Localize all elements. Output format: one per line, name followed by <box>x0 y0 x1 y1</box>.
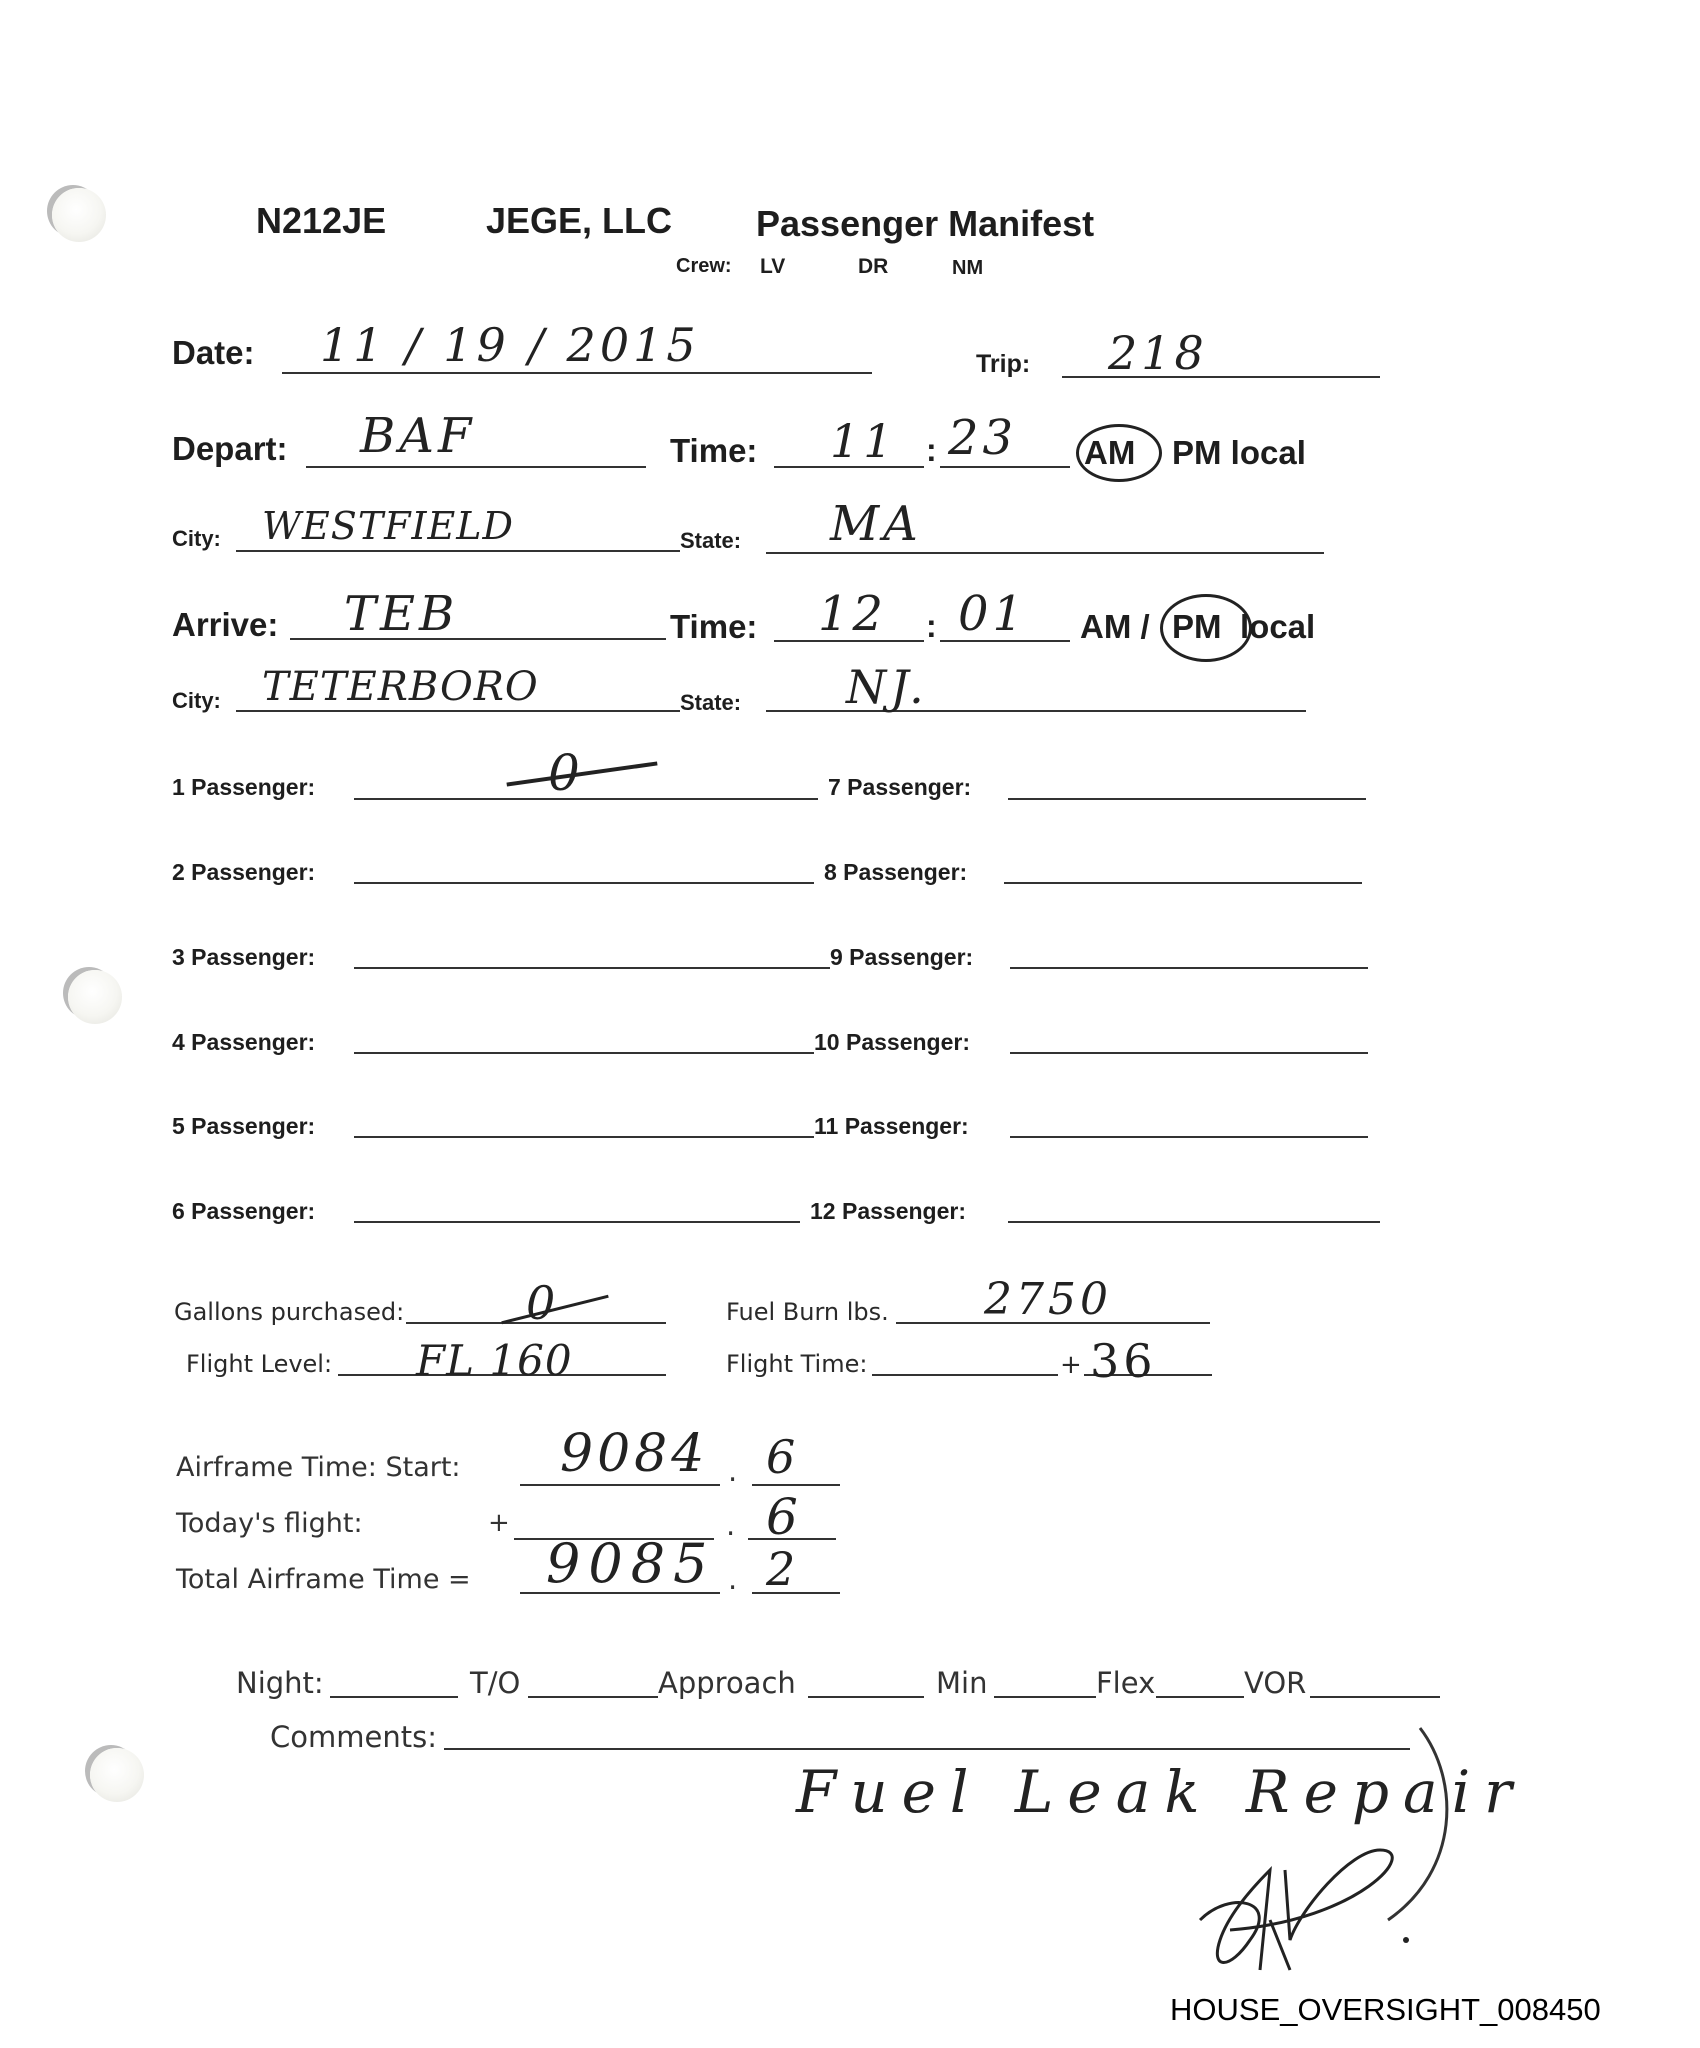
crew-member-2: DR <box>858 255 888 279</box>
passenger-9-label: 9 Passenger: <box>830 944 973 971</box>
passenger-12-field[interactable] <box>1008 1221 1380 1223</box>
passenger-10-field[interactable] <box>1010 1052 1368 1054</box>
to-field[interactable] <box>528 1696 658 1698</box>
flex-label: Flex <box>1096 1666 1155 1700</box>
flight-level-value: FL 160 <box>416 1336 573 1385</box>
today-flight-dot: . <box>726 1508 735 1542</box>
passenger-1-field[interactable] <box>354 798 818 800</box>
fuel-burn-value: 2750 <box>984 1274 1112 1325</box>
signature <box>1190 1830 1430 1980</box>
flight-time-label: Flight Time: <box>726 1350 867 1378</box>
company-name: JEGE, LLC <box>486 200 672 242</box>
passenger-6-label: 6 Passenger: <box>172 1198 315 1225</box>
arrive-pm-circle <box>1160 594 1252 662</box>
passenger-5-field[interactable] <box>354 1136 814 1138</box>
flex-field[interactable] <box>1156 1696 1244 1698</box>
passenger-4-field[interactable] <box>354 1052 814 1054</box>
passenger-11-label: 11 Passenger: <box>814 1113 969 1140</box>
flight-time-hours-field[interactable] <box>872 1374 1058 1376</box>
approach-field[interactable] <box>808 1696 924 1698</box>
depart-state-label: State: <box>680 528 741 554</box>
depart-field-line[interactable] <box>306 466 646 468</box>
arrive-hour: 12 <box>818 586 887 642</box>
to-label: T/O <box>470 1666 520 1700</box>
tail-number: N212JE <box>256 200 386 242</box>
arrive-state-value: NJ. <box>846 660 928 714</box>
trip-label: Trip: <box>976 350 1030 379</box>
passenger-12-label: 12 Passenger: <box>810 1198 966 1225</box>
airframe-start-dot: . <box>728 1454 737 1488</box>
min-field[interactable] <box>994 1696 1096 1698</box>
passenger-10-label: 10 Passenger: <box>814 1029 970 1056</box>
crew-member-3: NM <box>952 257 983 280</box>
depart-label: Depart: <box>172 430 288 468</box>
airframe-start-whole: 9084 <box>560 1424 708 1484</box>
passenger-8-field[interactable] <box>1004 882 1362 884</box>
depart-state-value: MA <box>830 496 922 552</box>
night-field[interactable] <box>330 1696 458 1698</box>
passenger-3-field[interactable] <box>354 967 830 969</box>
airframe-start-whole-field[interactable] <box>520 1484 720 1486</box>
arrive-value: TEB <box>344 586 458 642</box>
comments-label: Comments: <box>270 1720 437 1754</box>
total-airframe-tenths: 2 <box>766 1542 799 1596</box>
vor-label: VOR <box>1244 1666 1306 1700</box>
date-label: Date: <box>172 334 255 372</box>
depart-am-circle <box>1076 424 1162 482</box>
depart-time-label: Time: <box>670 432 757 470</box>
depart-hour: 11 <box>830 414 897 468</box>
hole-punch-bottom <box>90 1748 144 1802</box>
passenger-1-label: 1 Passenger: <box>172 774 315 801</box>
crew-member-1: LV <box>760 255 785 279</box>
arrive-local: local <box>1240 608 1315 646</box>
depart-city-value: WESTFIELD <box>262 504 514 548</box>
night-label: Night: <box>236 1666 324 1700</box>
fuel-burn-label: Fuel Burn lbs. <box>726 1298 889 1326</box>
arrive-am-option[interactable]: AM / <box>1080 608 1150 646</box>
today-flight-tenths: 6 <box>766 1488 802 1546</box>
depart-city-line[interactable] <box>236 550 680 552</box>
arrive-city-line[interactable] <box>236 710 680 712</box>
depart-minute: 23 <box>948 410 1017 466</box>
today-flight-label: Today's flight: <box>176 1508 363 1539</box>
passenger-2-label: 2 Passenger: <box>172 859 315 886</box>
passenger-11-field[interactable] <box>1010 1136 1368 1138</box>
passenger-8-label: 8 Passenger: <box>824 859 967 886</box>
hole-punch-top <box>52 188 106 242</box>
passenger-5-label: 5 Passenger: <box>172 1113 315 1140</box>
passenger-6-field[interactable] <box>354 1221 800 1223</box>
passenger-7-field[interactable] <box>1008 798 1366 800</box>
min-label: Min <box>936 1666 987 1700</box>
depart-value: BAF <box>360 408 475 464</box>
arrive-state-label: State: <box>680 690 741 716</box>
gallons-value: 0 <box>526 1276 559 1330</box>
passenger-7-label: 7 Passenger: <box>828 774 971 801</box>
depart-minute-line[interactable] <box>940 466 1070 468</box>
date-field-line[interactable] <box>282 372 872 374</box>
arrive-city-label: City: <box>172 688 221 714</box>
bates-number: HOUSE_OVERSIGHT_008450 <box>1170 1992 1601 2028</box>
flight-time-plus: + <box>1060 1350 1082 1380</box>
flight-level-label: Flight Level: <box>186 1350 332 1378</box>
approach-label: Approach <box>658 1666 796 1700</box>
arrive-minute: 01 <box>958 586 1027 642</box>
arrive-time-colon: : <box>926 608 937 645</box>
depart-city-label: City: <box>172 526 221 552</box>
form-title: Passenger Manifest <box>756 203 1094 245</box>
comments-field[interactable] <box>444 1748 1410 1750</box>
total-airframe-label: Total Airframe Time = <box>176 1564 471 1595</box>
total-airframe-whole: 9085 <box>546 1532 715 1595</box>
arrive-time-label: Time: <box>670 608 757 646</box>
gallons-label: Gallons purchased: <box>174 1298 404 1326</box>
airframe-start-tenths-field[interactable] <box>752 1484 840 1486</box>
airframe-start-tenths: 6 <box>766 1430 799 1484</box>
today-flight-plus: + <box>488 1508 510 1538</box>
date-value: 11 / 19 / 2015 <box>320 318 700 372</box>
passenger-9-field[interactable] <box>1010 967 1368 969</box>
flight-time-value: 36 <box>1090 1334 1157 1388</box>
depart-state-line[interactable] <box>766 552 1324 554</box>
total-airframe-dot: . <box>728 1562 737 1596</box>
vor-field[interactable] <box>1310 1696 1440 1698</box>
passenger-2-field[interactable] <box>354 882 814 884</box>
passenger-4-label: 4 Passenger: <box>172 1029 315 1056</box>
hole-punch-middle <box>68 970 122 1024</box>
depart-time-colon: : <box>926 432 937 469</box>
passenger-3-label: 3 Passenger: <box>172 944 315 971</box>
arrive-label: Arrive: <box>172 606 278 644</box>
trip-value: 218 <box>1108 326 1208 380</box>
crew-label: Crew: <box>676 255 732 278</box>
depart-pm-local[interactable]: PM local <box>1172 434 1306 472</box>
airframe-start-label: Airframe Time: Start: <box>176 1452 461 1483</box>
arrive-city-value: TETERBORO <box>262 664 539 710</box>
